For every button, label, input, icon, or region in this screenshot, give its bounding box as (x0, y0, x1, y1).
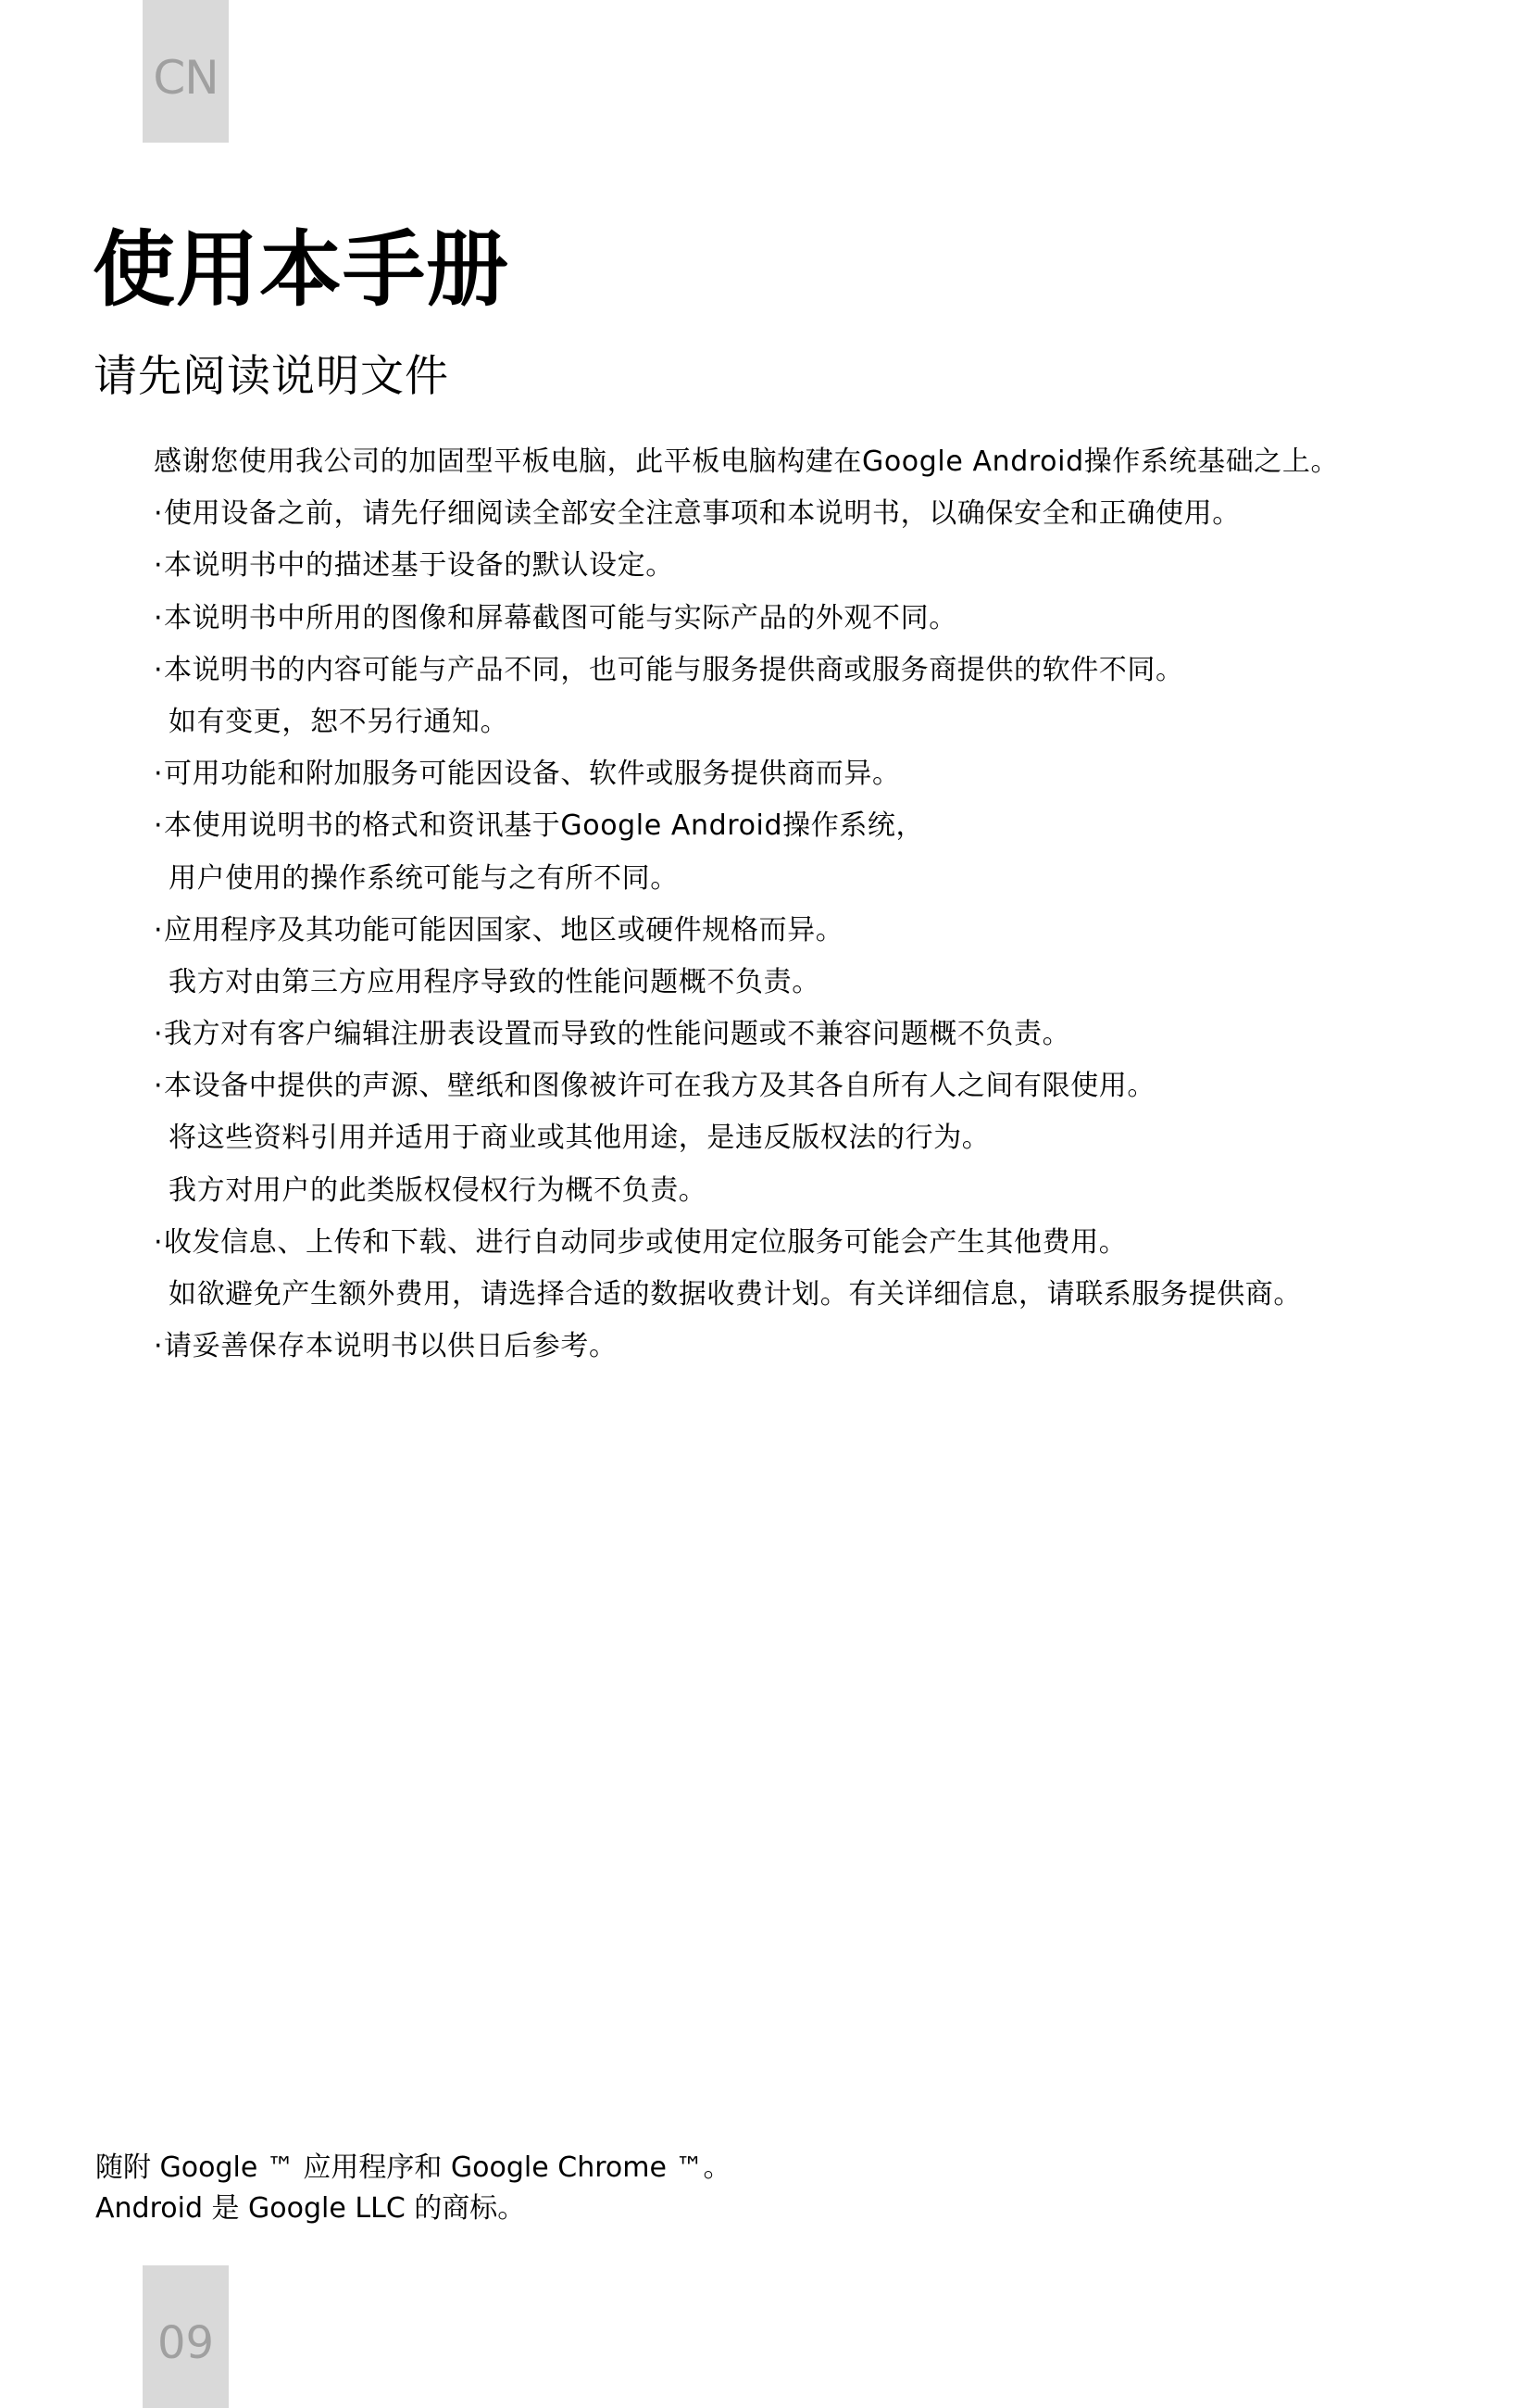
line-text: 收发信息、上传和下载、进行自动同步或使用定位服务可能会产生其他费用。 (164, 1226, 1127, 1259)
list-item: ·使用设备之前，请先仔细阅读全部安全注意事项和本说明书，以确保安全和正确使用。 (154, 488, 1339, 540)
line-text: 本说明书中的描述基于设备的默认设定。 (164, 549, 674, 582)
bullet-dot: · (154, 800, 164, 852)
trademark-line-1: 随附 Google ™ 应用程序和 Google Chrome ™。 (95, 2148, 731, 2189)
list-item-continuation: 我方对用户的此类版权侵权行为概不负责。 (154, 1165, 1339, 1217)
trademark-footer: 随附 Google ™ 应用程序和 Google Chrome ™。 Andro… (95, 2148, 731, 2229)
line-text: 我方对由第三方应用程序导致的性能问题概不负责。 (169, 966, 820, 998)
bullet-dot: · (154, 748, 164, 800)
list-item: ·本使用说明书的格式和资讯基于Google Android操作系统， (154, 800, 1339, 852)
bullet-dot: · (154, 1060, 164, 1112)
bullet-dot: · (154, 488, 164, 540)
bullet-dot: · (154, 905, 164, 957)
line-text: 使用设备之前，请先仔细阅读全部安全注意事项和本说明书，以确保安全和正确使用。 (164, 497, 1241, 530)
list-item-continuation: 如有变更，恕不另行通知。 (154, 696, 1339, 748)
bullet-dot: · (154, 540, 164, 592)
language-tab: CN (143, 0, 229, 143)
line-text: 用户使用的操作系统可能与之有所不同。 (169, 862, 679, 895)
line-text: 如欲避免产生额外费用，请选择合适的数据收费计划。有关详细信息，请联系服务提供商。 (169, 1278, 1302, 1311)
page-title: 使用本手册 (93, 219, 509, 320)
list-item: ·本设备中提供的声源、壁纸和图像被许可在我方及其各自所有人之间有限使用。 (154, 1060, 1339, 1112)
list-item-continuation: 我方对由第三方应用程序导致的性能问题概不负责。 (154, 957, 1339, 1009)
page-number-tab: 09 (143, 2265, 229, 2408)
line-text: 我方对有客户编辑注册表设置而导致的性能问题或不兼容问题概不负责。 (164, 1018, 1070, 1050)
line-text: 如有变更，恕不另行通知。 (169, 706, 508, 738)
list-item: ·应用程序及其功能可能因国家、地区或硬件规格而异。 (154, 905, 1339, 957)
list-item-continuation: 用户使用的操作系统可能与之有所不同。 (154, 853, 1339, 905)
bullet-dot: · (154, 645, 164, 696)
bullet-dot: · (154, 1009, 164, 1060)
line-text: 请妥善保存本说明书以供日后参考。 (164, 1330, 618, 1362)
language-tab-label: CN (153, 51, 218, 105)
line-text: 本使用说明书的格式和资讯基于Google Android操作系统， (164, 809, 924, 842)
list-item-continuation: 如欲避免产生额外费用，请选择合适的数据收费计划。有关详细信息，请联系服务提供商。 (154, 1269, 1339, 1321)
notice-list: 感谢您使用我公司的加固型平板电脑，此平板电脑构建在Google Android操… (154, 436, 1339, 1373)
line-text: 感谢您使用我公司的加固型平板电脑，此平板电脑构建在Google Android操… (154, 445, 1339, 478)
line-text: 我方对用户的此类版权侵权行为概不负责。 (169, 1174, 706, 1207)
line-text: 将这些资料引用并适用于商业或其他用途，是违反版权法的行为。 (169, 1122, 990, 1154)
line-text: 本说明书中所用的图像和屏幕截图可能与实际产品的外观不同。 (164, 602, 957, 634)
line-text: 可用功能和附加服务可能因设备、软件或服务提供商而异。 (164, 758, 901, 790)
line-text: 应用程序及其功能可能因国家、地区或硬件规格而异。 (164, 914, 843, 947)
page-number: 09 (157, 2317, 214, 2369)
bullet-dot: · (154, 1217, 164, 1269)
trademark-line-2: Android 是 Google LLC 的商标。 (95, 2189, 731, 2229)
list-item: ·我方对有客户编辑注册表设置而导致的性能问题或不兼容问题概不负责。 (154, 1009, 1339, 1060)
list-item: ·可用功能和附加服务可能因设备、软件或服务提供商而异。 (154, 748, 1339, 800)
line-text: 本说明书的内容可能与产品不同，也可能与服务提供商或服务商提供的软件不同。 (164, 654, 1184, 686)
line-text: 本设备中提供的声源、壁纸和图像被许可在我方及其各自所有人之间有限使用。 (164, 1070, 1156, 1102)
bullet-dot: · (154, 1321, 164, 1373)
list-item: ·收发信息、上传和下载、进行自动同步或使用定位服务可能会产生其他费用。 (154, 1217, 1339, 1269)
intro-paragraph: 感谢您使用我公司的加固型平板电脑，此平板电脑构建在Google Android操… (154, 436, 1339, 488)
list-item: ·本说明书的内容可能与产品不同，也可能与服务提供商或服务商提供的软件不同。 (154, 645, 1339, 696)
section-subtitle: 请先阅读说明文件 (94, 345, 449, 409)
list-item-continuation: 将这些资料引用并适用于商业或其他用途，是违反版权法的行为。 (154, 1112, 1339, 1164)
bullet-dot: · (154, 593, 164, 645)
list-item: ·本说明书中所用的图像和屏幕截图可能与实际产品的外观不同。 (154, 593, 1339, 645)
list-item: ·本说明书中的描述基于设备的默认设定。 (154, 540, 1339, 592)
list-item: ·请妥善保存本说明书以供日后参考。 (154, 1321, 1339, 1373)
